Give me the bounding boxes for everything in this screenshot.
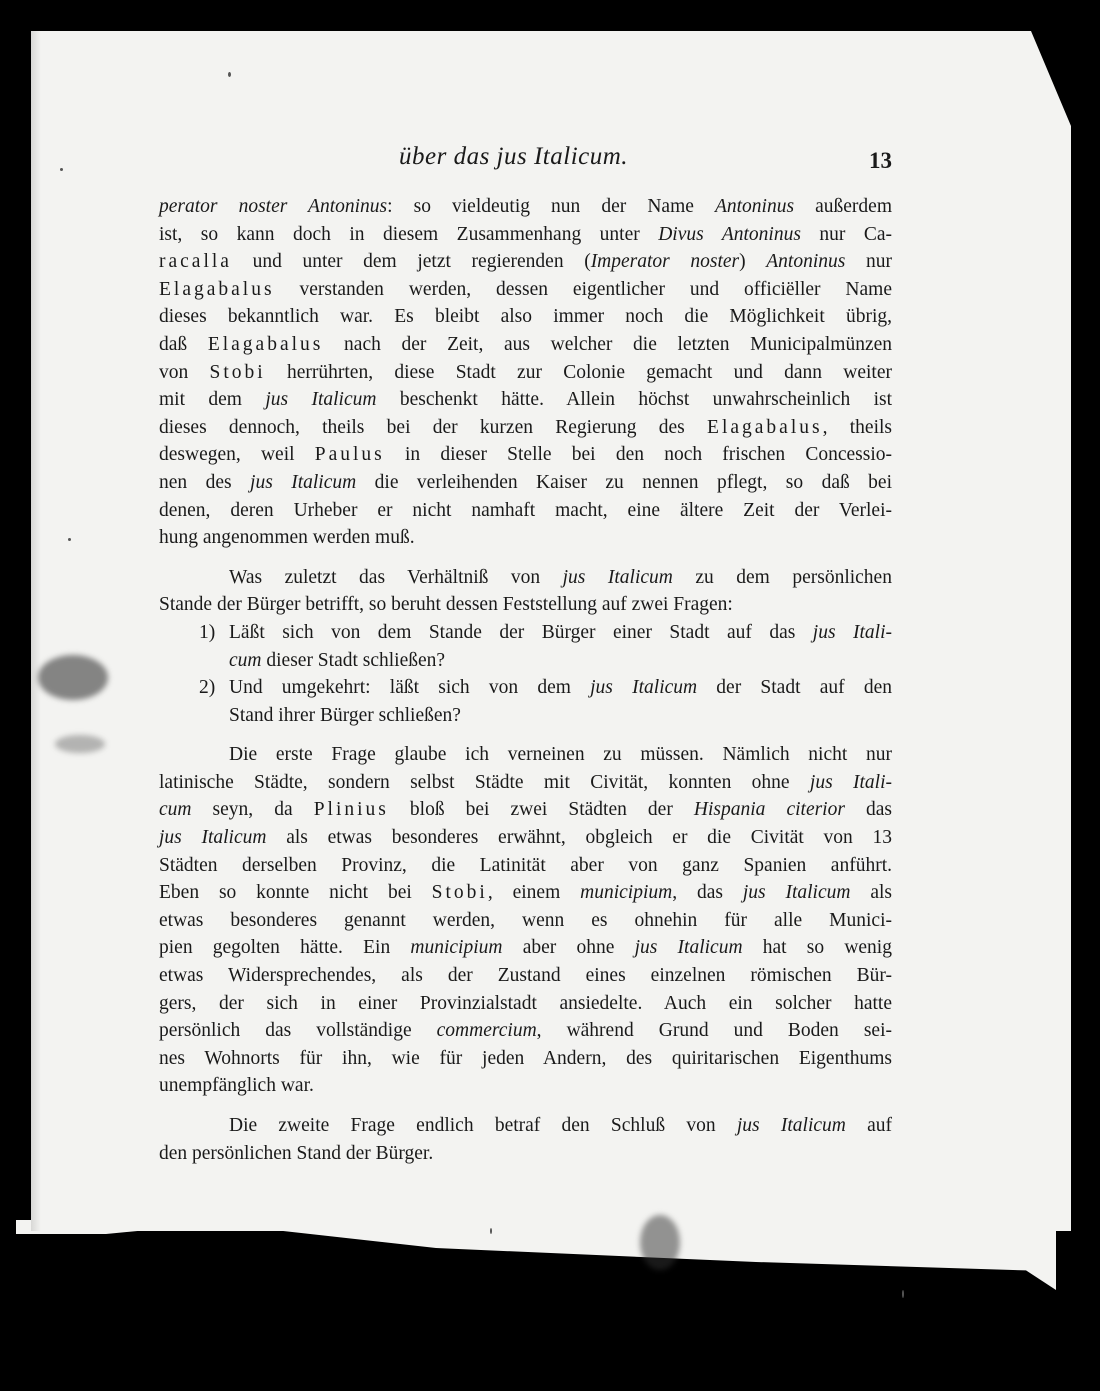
ink-stain-left-faint (55, 735, 105, 753)
text-line: deswegen, weil Paulus in dieser Stelle b… (159, 441, 892, 469)
page-number: 13 (869, 147, 892, 175)
text-line: nen des jus Italicum die verleihenden Ka… (159, 469, 892, 497)
list-number: 1) (199, 619, 215, 647)
list-number: 2) (199, 674, 215, 702)
list-item-continuation: Stand ihrer Bürger schließen? (159, 702, 892, 730)
text-line: unempfänglich war. (159, 1072, 892, 1100)
list-item-continuation: cum dieser Stadt schließen? (159, 647, 892, 675)
paragraph-gap (159, 552, 892, 564)
text-line: perator noster Antoninus: so vieldeutig … (159, 193, 892, 221)
speck (68, 538, 71, 541)
text-line: dieses dennoch, theils bei der kurzen Re… (159, 414, 892, 442)
running-head-title: über das jus Italicum. (399, 143, 628, 171)
text-line: Die erste Frage glaube ich verneinen zu … (159, 741, 892, 769)
text-line: hung angenommen werden muß. (159, 524, 892, 552)
text-line: latinische Städte, sondern selbst Städte… (159, 769, 892, 797)
paragraph-gap (159, 1100, 892, 1112)
text-line: Städten derselben Provinz, die Latinität… (159, 852, 892, 880)
text-line: nes Wohnorts für ihn, wie für jeden Ande… (159, 1045, 892, 1073)
body-text: perator noster Antoninus: so vieldeutig … (159, 193, 892, 1167)
text-line: cum seyn, da Plinius bloß bei zwei Städt… (159, 796, 892, 824)
speck (490, 1228, 492, 1234)
ink-stain-bottom (640, 1215, 680, 1270)
text-line: Stande der Bürger betrifft, so beruht de… (159, 591, 892, 619)
text-line: von Stobi herrührten, diese Stadt zur Co… (159, 359, 892, 387)
speck (60, 168, 63, 171)
running-header: über das jus Italicum. 13 (159, 143, 892, 175)
text-line: den persönlichen Stand der Bürger. (159, 1140, 892, 1168)
text-line: etwas Widersprechendes, als der Zustand … (159, 962, 892, 990)
paragraph-gap (159, 729, 892, 741)
text-line: denen, deren Urheber er nicht namhaft ma… (159, 497, 892, 525)
ink-stain-left (38, 655, 108, 700)
text-line: gers, der sich in einer Provinzialstadt … (159, 990, 892, 1018)
text-line: Was zuletzt das Verhältniß von jus Itali… (159, 564, 892, 592)
text-line: mit dem jus Italicum beschenkt hätte. Al… (159, 386, 892, 414)
list-item: 2)Und umgekehrt: läßt sich von dem jus I… (159, 674, 892, 702)
text-line: Elagabalus verstanden werden, dessen eig… (159, 276, 892, 304)
speck (902, 1290, 904, 1298)
page-left-edge-shadow (31, 31, 41, 1231)
text-line: racalla und unter dem jetzt regierenden … (159, 248, 892, 276)
text-line: etwas besonderes genannt werden, wenn es… (159, 907, 892, 935)
text-line: ist, so kann doch in diesem Zusammenhang… (159, 221, 892, 249)
text-line: pien gegolten hätte. Ein municipium aber… (159, 934, 892, 962)
text-line: persönlich das vollständige commercium, … (159, 1017, 892, 1045)
list-item: 1)Läßt sich von dem Stande der Bürger ei… (159, 619, 892, 647)
text-line: dieses bekanntlich war. Es bleibt also i… (159, 303, 892, 331)
text-line: daß Elagabalus nach der Zeit, aus welche… (159, 331, 892, 359)
text-line: Eben so konnte nicht bei Stobi, einem mu… (159, 879, 892, 907)
text-line: jus Italicum als etwas besonderes erwähn… (159, 824, 892, 852)
speck (228, 72, 231, 77)
text-line: Die zweite Frage endlich betraf den Schl… (159, 1112, 892, 1140)
